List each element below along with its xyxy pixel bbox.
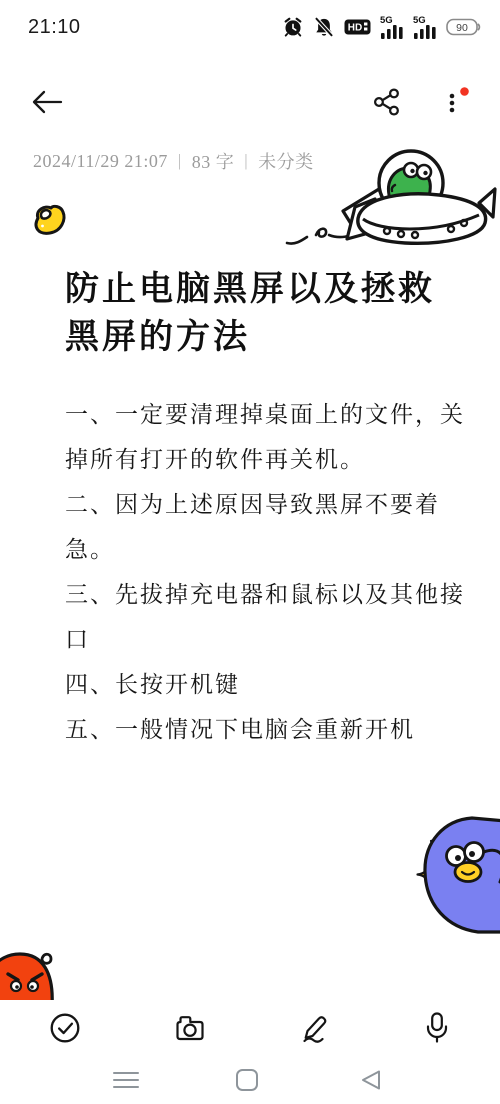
sparkles-sticker — [416, 830, 452, 892]
note-paragraph: 三、先拔掉充电器和鼠标以及其他接口 — [65, 572, 467, 662]
note-title: 防止电脑黑屏以及拯救黑屏的方法 — [65, 266, 441, 362]
hd-voice-icon: HD — [344, 18, 371, 36]
meta-separator: | — [244, 151, 248, 171]
doodle-pen-icon — [297, 1012, 331, 1044]
header-actions — [368, 83, 474, 121]
signal-icon-sim2: 5G — [413, 14, 437, 40]
purple-blob-sticker — [410, 814, 500, 934]
nav-home-button[interactable] — [232, 1065, 262, 1095]
home-icon — [234, 1067, 260, 1093]
check-circle-icon — [48, 1011, 82, 1045]
todo-check-button[interactable] — [44, 1007, 86, 1049]
microphone-icon — [422, 1011, 452, 1045]
note-paragraph: 四、长按开机键 — [65, 662, 467, 707]
dino-spaceship-sticker — [283, 143, 497, 261]
status-icons: HD 5G 5G — [282, 14, 482, 40]
battery-icon: 90 — [446, 17, 482, 37]
note-datetime: 2024/11/29 21:07 — [33, 151, 168, 172]
meta-separator: | — [178, 151, 182, 171]
android-nav-bar — [0, 1056, 500, 1104]
camera-icon — [173, 1012, 207, 1044]
note-body[interactable]: 一、一定要清理掉桌面上的文件，关掉所有打开的软件再关机。 二、因为上述原因导致黑… — [65, 392, 467, 752]
alarm-icon — [282, 15, 304, 39]
svg-text:5G: 5G — [413, 15, 426, 26]
svg-text:HD: HD — [348, 23, 362, 34]
notification-dot — [460, 87, 469, 96]
status-bar: 21:10 HD — [0, 0, 500, 48]
svg-text:5G: 5G — [380, 15, 393, 26]
notes-app-screen: 21:10 HD — [0, 0, 500, 1104]
more-menu-icon — [440, 87, 470, 117]
back-arrow-icon — [30, 89, 64, 115]
camera-button[interactable] — [169, 1008, 211, 1048]
note-paragraph: 五、一般情况下电脑会重新开机 — [65, 707, 467, 752]
mute-icon — [313, 15, 335, 39]
note-header — [0, 70, 500, 134]
nav-back-button[interactable] — [353, 1065, 387, 1095]
back-triangle-icon — [355, 1067, 385, 1093]
note-category[interactable]: 未分类 — [258, 148, 314, 174]
angry-red-blob-sticker — [0, 946, 62, 1006]
share-icon — [372, 87, 402, 117]
note-word-count: 83 字 — [192, 148, 235, 174]
yellow-bean-sticker — [29, 203, 69, 241]
recents-icon — [112, 1069, 140, 1091]
svg-text:90: 90 — [456, 22, 468, 34]
voice-note-button[interactable] — [418, 1007, 456, 1049]
back-button[interactable] — [26, 85, 68, 119]
note-paragraph: 二、因为上述原因导致黑屏不要着急。 — [65, 482, 467, 572]
note-toolbar — [0, 1000, 500, 1056]
signal-icon-sim1: 5G — [380, 14, 404, 40]
note-paragraph: 一、一定要清理掉桌面上的文件，关掉所有打开的软件再关机。 — [65, 392, 467, 482]
doodle-button[interactable] — [293, 1008, 335, 1048]
more-menu-button[interactable] — [436, 83, 474, 121]
note-meta: 2024/11/29 21:07 | 83 字 | 未分类 — [33, 148, 314, 174]
status-clock: 21:10 — [28, 16, 81, 39]
share-button[interactable] — [368, 83, 406, 121]
nav-recents-button[interactable] — [110, 1067, 142, 1093]
